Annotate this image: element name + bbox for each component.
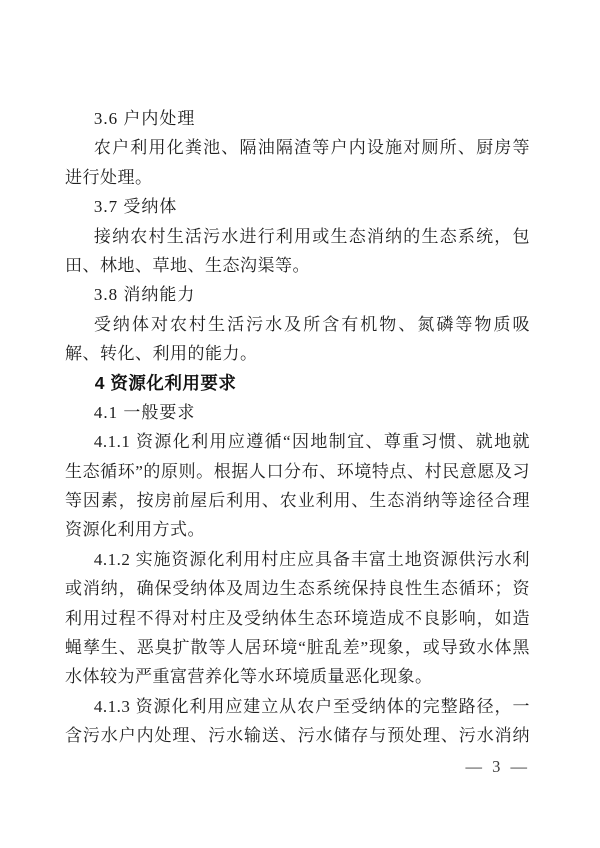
text-line: 田、林地、草地、生态沟渠等。	[65, 251, 530, 280]
text-line: 蝇孳生、恶臭扩散等人居环境“脏乱差”现象，或导致水体黑臭、	[65, 633, 530, 662]
text-line: 接纳农村生活污水进行利用或生态消纳的生态系统，包括农	[65, 222, 530, 251]
text-line: 含污水户内处理、污水输送、污水储存与预处理、污水消纳利用	[65, 721, 530, 750]
text-line: 受纳体对农村生活污水及所含有机物、氮磷等物质吸收、降	[65, 310, 530, 339]
text-line: 农户利用化粪池、隔油隔渣等户内设施对厕所、厨房等排水	[65, 133, 530, 162]
document-page: 3.6 户内处理 农户利用化粪池、隔油隔渣等户内设施对厕所、厨房等排水 进行处理…	[0, 0, 600, 848]
text-line: 4.1.3 资源化利用应建立从农户至受纳体的完整路径，一般包	[65, 692, 530, 721]
text-line: 等因素，按房前屋后利用、农业利用、生态消纳等途径合理选择	[65, 486, 530, 515]
text-line: 进行处理。	[65, 163, 530, 192]
document-body: 3.6 户内处理 农户利用化粪池、隔油隔渣等户内设施对厕所、厨房等排水 进行处理…	[65, 104, 530, 751]
section-heading-3-6: 3.6 户内处理	[65, 104, 530, 133]
text-line: 水体较为严重富营养化等水环境质量恶化现象。	[65, 662, 530, 691]
text-line: 资源化利用方式。	[65, 515, 530, 544]
text-line: 4.1.1 资源化利用应遵循“因地制宜、尊重习惯、就地就近、	[65, 427, 530, 456]
text-line: 解、转化、利用的能力。	[65, 339, 530, 368]
text-line: 生态循环”的原则。根据人口分布、环境特点、村民意愿及习惯	[65, 457, 530, 486]
text-line: 或消纳，确保受纳体及周边生态系统保持良性生态循环；资源化	[65, 574, 530, 603]
section-heading-4-1: 4.1 一般要求	[65, 398, 530, 427]
section-heading-3-8: 3.8 消纳能力	[65, 280, 530, 309]
chapter-heading-4: 4 资源化利用要求	[65, 369, 530, 398]
page-number: — 3 —	[65, 752, 530, 781]
section-heading-3-7: 3.7 受纳体	[65, 192, 530, 221]
text-line: 利用过程不得对村庄及受纳体生态环境造成不良影响，如造成蚊	[65, 604, 530, 633]
text-line: 4.1.2 实施资源化利用村庄应具备丰富土地资源供污水利用	[65, 545, 530, 574]
